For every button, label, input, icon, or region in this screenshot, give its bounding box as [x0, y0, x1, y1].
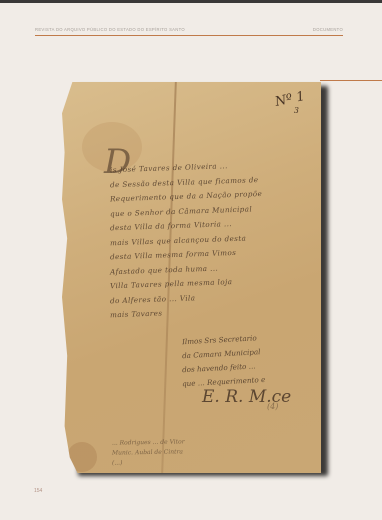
archive-mark: (4) [267, 402, 278, 411]
side-accent-rule [320, 80, 382, 81]
manuscript-closing: Ilmos Srs Secretario da Camara Municipal… [182, 332, 307, 388]
document-number: Nº 1 [274, 89, 306, 110]
section-label: Documento [313, 27, 343, 32]
manuscript-document-image: Nº 1 3 D is José Tavares de Oliveira ...… [62, 82, 321, 473]
header-rule [35, 35, 343, 36]
paper-stain [67, 442, 97, 472]
document-number-sub: 3 [294, 106, 299, 115]
publication-title: Revista do Arquivo Público do Estado do … [35, 27, 185, 32]
marginal-annotation: ... Rodrigues ... de Vitor Munic. Aubal … [112, 437, 302, 467]
annotation-line: (...) [112, 455, 302, 468]
manuscript-body: is José Tavares de Oliveira ... de Sessã… [110, 160, 300, 320]
page-number: 154 [34, 488, 42, 494]
top-border [0, 0, 382, 3]
